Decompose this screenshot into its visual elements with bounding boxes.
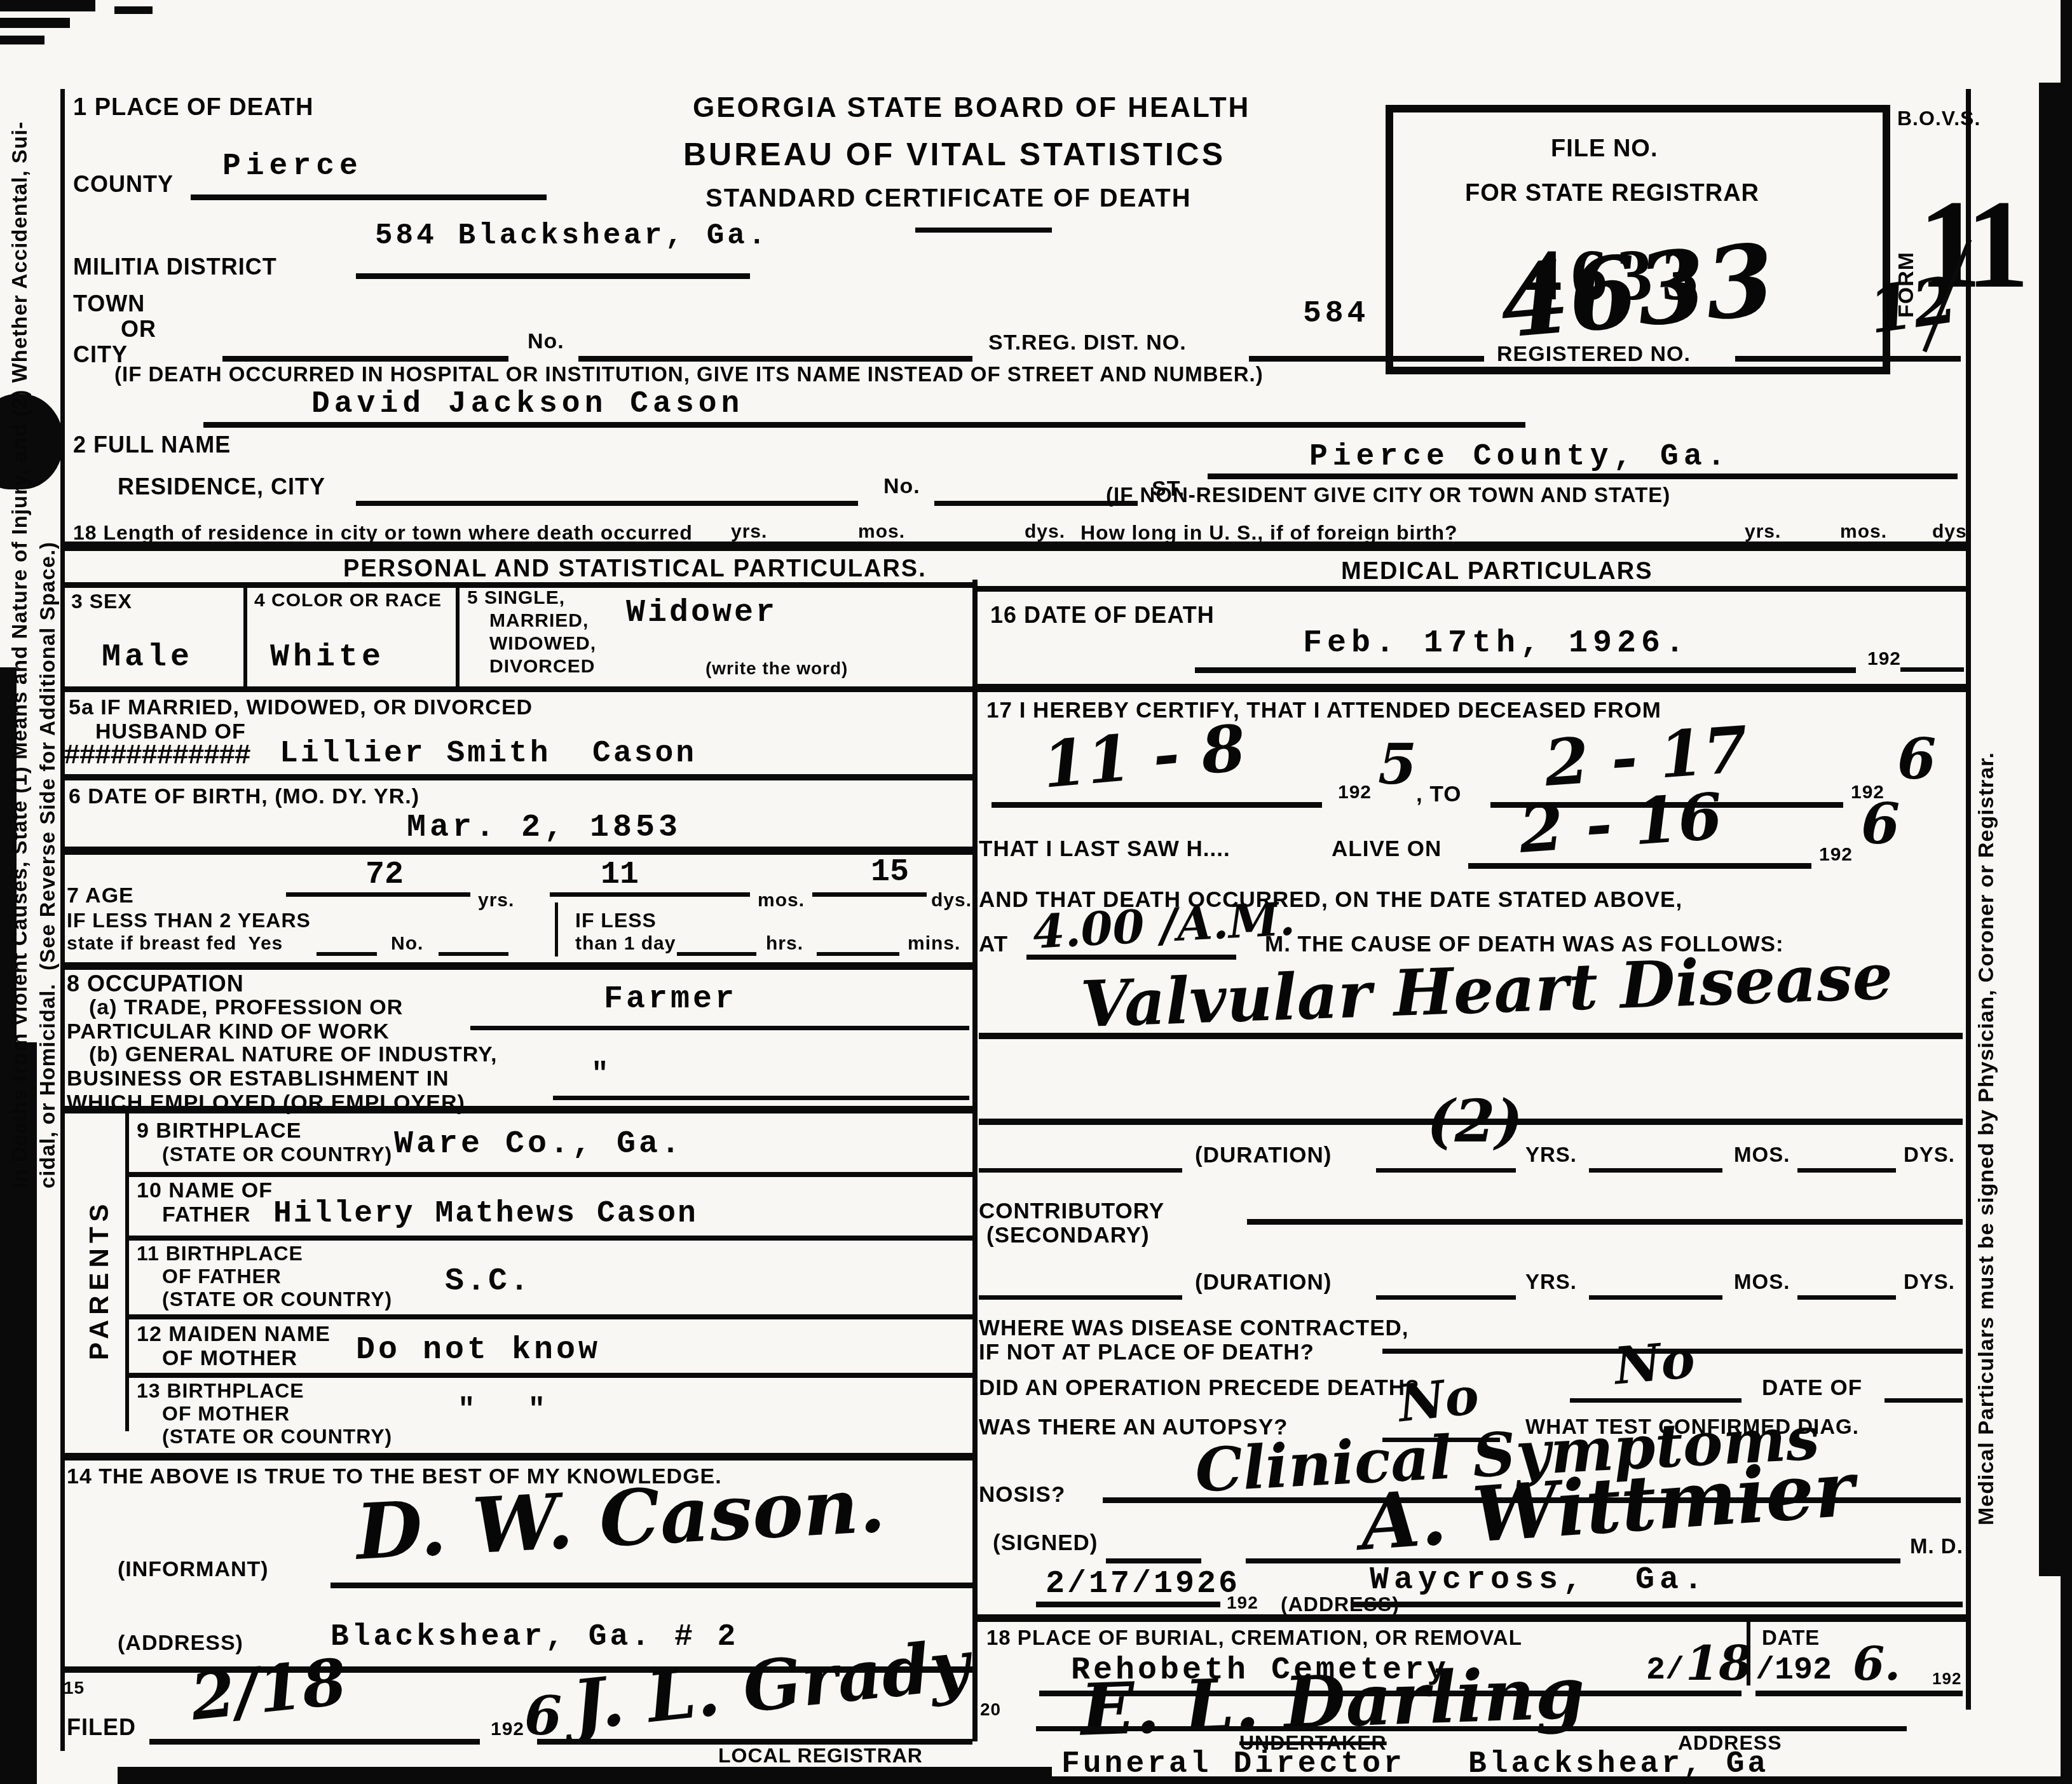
form-line xyxy=(1735,356,1961,362)
form-line xyxy=(1036,1726,1907,1731)
scan-artifact xyxy=(118,1767,1052,1784)
full-name-value: David Jackson Cason xyxy=(311,389,744,419)
where-contracted-label-2: IF NOT AT PLACE OF DEATH? xyxy=(979,1341,1314,1363)
husband-label-2: HUSBAND OF xyxy=(95,721,246,742)
form-line xyxy=(1468,863,1811,869)
form-line xyxy=(1036,1602,1220,1607)
form-line xyxy=(1376,1168,1516,1173)
personal-section-title: PERSONAL AND STATISTICAL PARTICULARS. xyxy=(343,557,927,581)
less1-label: IF LESS xyxy=(575,910,657,930)
howlong-mos-label: mos. xyxy=(1840,522,1887,541)
sex-label: 3 SEX xyxy=(71,591,132,611)
county-value: Pierce xyxy=(222,151,363,182)
to-year-handwritten: 6 xyxy=(1897,731,1936,787)
marital-label-1: 5 SINGLE, xyxy=(467,589,565,608)
county-label: COUNTY xyxy=(73,173,174,196)
form-line xyxy=(553,1096,969,1100)
nosis-label: NOSIS? xyxy=(979,1483,1065,1506)
duration-yrs-1: YRS. xyxy=(1525,1144,1577,1165)
breastfed-label: state if breast fed Yes xyxy=(67,934,283,953)
husband-strikeout: ############ xyxy=(64,742,250,770)
race-value: White xyxy=(270,642,385,674)
duration-label-2: (DURATION) xyxy=(1195,1271,1332,1293)
occupation-a-label-2: PARTICULAR KIND OF WORK xyxy=(67,1021,390,1042)
where-contracted-label-1: WHERE WAS DISEASE CONTRACTED, xyxy=(979,1317,1409,1339)
age-subdivider xyxy=(555,902,558,957)
mother-birthplace-value: " " xyxy=(458,1396,545,1425)
form-line xyxy=(1247,1219,1963,1225)
occupation-a-value: Farmer xyxy=(604,984,737,1016)
age-months-value: 11 xyxy=(601,859,639,891)
certificate-title: STANDARD CERTIFICATE OF DEATH xyxy=(705,186,1192,211)
father-name-label-1: 10 NAME OF xyxy=(137,1180,273,1201)
lastsaw-label-2: ALIVE ON xyxy=(1332,838,1442,860)
form-line xyxy=(1589,1295,1722,1300)
duration-mos-1: MOS. xyxy=(1734,1144,1790,1165)
form-line xyxy=(470,1026,969,1030)
residence-value: Pierce County, Ga. xyxy=(1309,442,1730,472)
age-dys-label: dys. xyxy=(931,891,972,910)
column-divider xyxy=(972,580,978,1741)
at-label: AT xyxy=(979,933,1008,955)
registered-no-handwritten: 4633 xyxy=(1496,229,1778,351)
death-certificate-scan: In Deaths from Violent Causes, State (1)… xyxy=(0,0,2072,1784)
form-line xyxy=(979,1033,1963,1039)
father-birthplace-value: S.C. xyxy=(445,1266,531,1298)
duration-label-1: (DURATION) xyxy=(1195,1144,1332,1166)
physician-signed-date: 2/17/1926 xyxy=(1046,1569,1240,1600)
file-no-label: FILE NO. xyxy=(1551,137,1658,161)
race-label: 4 COLOR OR RACE xyxy=(254,591,442,610)
form-line xyxy=(1026,955,1236,960)
form-line xyxy=(1797,1295,1896,1300)
form-line xyxy=(1351,1602,1963,1607)
husband-value: Lillier Smith Cason xyxy=(280,739,697,769)
town-label: TOWN xyxy=(73,292,145,315)
hrs-label: hrs. xyxy=(766,934,803,953)
right-margin-note: Medical Particulars must be signed by Ph… xyxy=(1975,191,1997,1525)
hospital-note: (IF DEATH OCCURRED IN HOSPITAL OR INSTIT… xyxy=(114,364,1264,385)
medical-section-title: MEDICAL PARTICULARS xyxy=(1341,559,1653,583)
form-line xyxy=(677,952,756,956)
duration-dys-2: DYS. xyxy=(1904,1271,1955,1292)
form-line xyxy=(1589,1168,1722,1173)
burial-date-part2: /192 xyxy=(1755,1655,1832,1687)
contributory-label-2: (SECONDARY) xyxy=(986,1224,1150,1246)
form-line xyxy=(1195,667,1856,673)
duration-mos-2: MOS. xyxy=(1734,1271,1790,1292)
informant-label: (INFORMANT) xyxy=(118,1558,269,1580)
form-line xyxy=(125,1236,972,1241)
father-birthplace-label-2: OF FATHER xyxy=(162,1266,282,1286)
form-line xyxy=(1106,1558,1201,1563)
father-birthplace-label-3: (STATE OR COUNTRY) xyxy=(162,1289,392,1309)
birthplace-value: Ware Co., Ga. xyxy=(394,1129,683,1161)
mins-label: mins. xyxy=(908,934,960,953)
form-line xyxy=(1376,1295,1516,1300)
parents-bracket-line xyxy=(125,1113,129,1431)
st-reg-dist-label: ST.REG. DIST. NO. xyxy=(988,332,1187,353)
date-of-death-label: 16 DATE OF DEATH xyxy=(990,604,1215,627)
form-line xyxy=(60,1453,972,1461)
mother-name-label-2: OF MOTHER xyxy=(162,1347,297,1369)
informant-address-value: Blackshear, Ga. # 2 xyxy=(331,1622,739,1652)
lastsaw-handwritten: 2 - 16 xyxy=(1517,784,1724,862)
form-line xyxy=(60,962,972,970)
howlong-dys-label: dys. xyxy=(1932,522,1973,541)
less2-label: IF LESS THAN 2 YEARS xyxy=(67,910,311,930)
form-line xyxy=(125,1314,972,1319)
box-divider xyxy=(456,582,460,689)
father-name-label-2: FATHER xyxy=(162,1204,250,1225)
mother-birthplace-label-2: OF MOTHER xyxy=(162,1403,290,1424)
signed-label: (SIGNED) xyxy=(993,1532,1098,1554)
father-birthplace-label-1: 11 BIRTHPLACE xyxy=(137,1243,303,1263)
burial-date-label: DATE xyxy=(1762,1627,1820,1648)
breastfed-no-label: No. xyxy=(391,934,423,953)
form-line xyxy=(222,356,508,362)
filed-label: FILED xyxy=(67,1716,136,1739)
form-line xyxy=(1570,1398,1741,1403)
left-margin-note-line2: cidal, or Homicidal. (See Reverse Side f… xyxy=(37,44,58,1188)
nonresident-note: (IF NON-RESIDENT GIVE CITY OR TOWN AND S… xyxy=(1106,484,1670,505)
age-mos-label: mos. xyxy=(758,891,805,910)
dob-value: Mar. 2, 1853 xyxy=(407,812,681,844)
form-line xyxy=(979,1295,1182,1300)
length-mos-label: mos. xyxy=(858,522,905,541)
length-dys-label: dys. xyxy=(1025,522,1065,541)
birthplace-label: 9 BIRTHPLACE xyxy=(137,1120,301,1141)
filed-no-label: 15 xyxy=(64,1679,85,1697)
form-line xyxy=(1900,667,1964,672)
age-days-value: 15 xyxy=(871,857,909,889)
undertaker-no-label: 20 xyxy=(980,1701,1001,1719)
left-margin-note-line1: In Deaths from Violent Causes, State (1)… xyxy=(9,44,30,1188)
funeral-director-value: Funeral Director xyxy=(1061,1749,1405,1780)
than1day-label: than 1 day xyxy=(575,934,676,953)
howlong-label: How long in U. S., if of foreign birth? xyxy=(1080,522,1458,543)
mother-birthplace-label-1: 13 BIRTHPLACE xyxy=(137,1380,304,1401)
burial-date-part1: 2/ xyxy=(1646,1655,1684,1687)
form-line xyxy=(125,1373,972,1378)
length-residence-label: 18 Length of residence in city or town w… xyxy=(73,522,693,543)
form-line xyxy=(125,1172,972,1177)
mother-name-value: Do not know xyxy=(356,1335,601,1366)
or-label: OR xyxy=(121,318,156,341)
lastsaw-label-1: THAT I LAST SAW H.... xyxy=(979,838,1230,860)
form-border-left xyxy=(60,89,65,1751)
dob-label: 6 DATE OF BIRTH, (MO. DY. YR.) xyxy=(69,786,419,807)
mother-birthplace-label-3: (STATE OR COUNTRY) xyxy=(162,1426,392,1447)
informant-address-label: (ADDRESS) xyxy=(118,1632,243,1654)
birthplace-state-label: (STATE OR COUNTRY) xyxy=(162,1144,392,1164)
residence-label: RESIDENCE, CITY xyxy=(118,475,325,498)
duration-value-handwritten: (2) xyxy=(1427,1092,1523,1150)
scan-artifact xyxy=(0,18,70,28)
physician-address-value: Waycross, Ga. xyxy=(1370,1565,1708,1597)
age-yrs-label: yrs. xyxy=(478,891,514,910)
signed-192-label: 192 xyxy=(1227,1594,1258,1612)
husband-label-1: 5a IF MARRIED, WIDOWED, OR DIVORCED xyxy=(69,697,533,718)
occupation-a-label-1: (a) TRADE, PROFESSION OR xyxy=(89,997,403,1018)
scan-artifact xyxy=(2061,0,2072,1784)
filed-year-handwritten: 6 xyxy=(524,1689,562,1743)
section-band xyxy=(60,541,1971,551)
form-line xyxy=(1208,473,1958,479)
date-of-death-value: Feb. 17th, 1926. xyxy=(1303,628,1689,660)
form-line xyxy=(1885,1398,1963,1403)
form-line xyxy=(992,802,1322,808)
bovs-label: B.O.V.S. xyxy=(1897,108,1980,128)
contributory-label-1: CONTRIBUTORY xyxy=(979,1200,1164,1222)
form-border-right xyxy=(1966,89,1971,1710)
burial-192-label: 192 xyxy=(1932,1670,1961,1687)
occupation-label: 8 OCCUPATION xyxy=(67,972,244,995)
form-line xyxy=(60,1106,972,1113)
father-name-value: Hillery Mathews Cason xyxy=(273,1199,698,1229)
burial-date-year-handwritten: 6. xyxy=(1853,1641,1900,1687)
operation-answer-handwritten: No xyxy=(1612,1334,1697,1392)
form-line xyxy=(979,1168,1182,1173)
howlong-yrs-label: yrs. xyxy=(1745,522,1781,541)
marital-label-3: WIDOWED, xyxy=(489,634,596,653)
form-line xyxy=(60,774,972,780)
form-line xyxy=(1755,1691,1963,1696)
lastsaw-year-handwritten: 6 xyxy=(1861,796,1900,852)
marital-label-4: DIVORCED xyxy=(489,657,595,676)
form-line xyxy=(978,684,1967,692)
form-line xyxy=(60,686,972,692)
file-no-sublabel: FOR STATE REGISTRAR xyxy=(1465,181,1759,205)
street-no-label: No. xyxy=(528,330,564,352)
form-line xyxy=(812,892,927,897)
from-192-label: 192 xyxy=(1338,783,1372,802)
registered-no-handwritten-2: 12 xyxy=(1865,268,1961,343)
form-line xyxy=(203,422,1525,428)
attended-from-handwritten: 11 - 8 xyxy=(1040,716,1248,796)
filed-192-label: 192 xyxy=(491,1720,524,1739)
residence-no-label: No. xyxy=(883,475,920,497)
occupation-b-value: " xyxy=(591,1060,609,1089)
full-name-label: 2 FULL NAME xyxy=(73,433,231,456)
bureau-title: BUREAU OF VITAL STATISTICS xyxy=(683,139,1225,170)
dod-192-label: 192 xyxy=(1867,650,1901,669)
form-line xyxy=(978,586,1967,592)
form-line xyxy=(356,273,750,279)
marital-value: Widower xyxy=(626,597,777,629)
parents-label: PARENTS xyxy=(86,1093,112,1360)
lastsaw-192-label: 192 xyxy=(1819,845,1853,864)
time-of-death-handwritten: 4.00 /A.M. xyxy=(1032,895,1296,955)
form-line xyxy=(191,194,547,200)
age-years-value: 72 xyxy=(365,859,404,891)
form-line xyxy=(149,1739,480,1745)
board-title: GEORGIA STATE BOARD OF HEALTH xyxy=(693,94,1250,122)
mother-name-label-1: 12 MAIDEN NAME xyxy=(137,1323,331,1345)
marital-label-2: MARRIED, xyxy=(489,611,589,630)
date-of-label: DATE OF xyxy=(1762,1377,1862,1399)
occupation-b-label-2: BUSINESS OR ESTABLISHMENT IN xyxy=(67,1068,449,1089)
form-line xyxy=(1249,356,1484,362)
scan-artifact xyxy=(0,0,95,11)
form-line xyxy=(817,952,899,956)
from-year-handwritten: 5 xyxy=(1378,736,1417,792)
md-label: M. D. xyxy=(1910,1535,1963,1556)
local-registrar-label: LOCAL REGISTRAR xyxy=(718,1745,923,1766)
form-line xyxy=(578,356,972,362)
sex-value: Male xyxy=(102,642,193,674)
duration-yrs-2: YRS. xyxy=(1525,1271,1577,1292)
militia-district-value: 584 Blackshear, Ga. xyxy=(375,221,769,250)
form-line xyxy=(331,1583,972,1588)
militia-district-label: MILITIA DISTRICT xyxy=(73,255,277,278)
age-label: 7 AGE xyxy=(67,885,134,906)
form-line xyxy=(60,847,972,855)
form-line xyxy=(439,952,508,956)
scan-artifact xyxy=(0,36,44,44)
box-divider xyxy=(243,582,247,689)
length-yrs-label: yrs. xyxy=(731,522,767,541)
to-word-label: , TO xyxy=(1416,783,1461,805)
funeral-director-address: Blackshear, Ga xyxy=(1468,1749,1769,1780)
marital-hint: (write the word) xyxy=(705,660,848,678)
form-line xyxy=(1797,1168,1896,1173)
st-reg-dist-value: 584 xyxy=(1303,299,1369,329)
certify-label: 17 I HEREBY CERTIFY, THAT I ATTENDED DEC… xyxy=(986,699,1661,721)
place-of-death-label: 1 PLACE OF DEATH xyxy=(73,95,313,119)
autopsy-answer-handwritten: No xyxy=(1396,1370,1481,1429)
scan-artifact xyxy=(114,6,153,14)
form-line xyxy=(317,952,377,956)
registered-no-label: REGISTERED NO. xyxy=(1497,343,1691,365)
form-line xyxy=(356,501,858,506)
duration-dys-1: DYS. xyxy=(1904,1144,1955,1165)
form-line xyxy=(286,892,470,897)
form-line xyxy=(550,892,750,897)
burial-date-day-handwritten: 18 xyxy=(1686,1640,1752,1687)
occupation-b-label-1: (b) GENERAL NATURE OF INDUSTRY, xyxy=(89,1044,497,1065)
operation-label: DID AN OPERATION PRECEDE DEATH? xyxy=(979,1377,1419,1399)
form-line xyxy=(915,228,1052,233)
burial-label: 18 PLACE OF BURIAL, CREMATION, OR REMOVA… xyxy=(986,1627,1522,1648)
filed-date-handwritten: 2/18 xyxy=(187,1649,349,1729)
form-line xyxy=(978,1614,1967,1622)
